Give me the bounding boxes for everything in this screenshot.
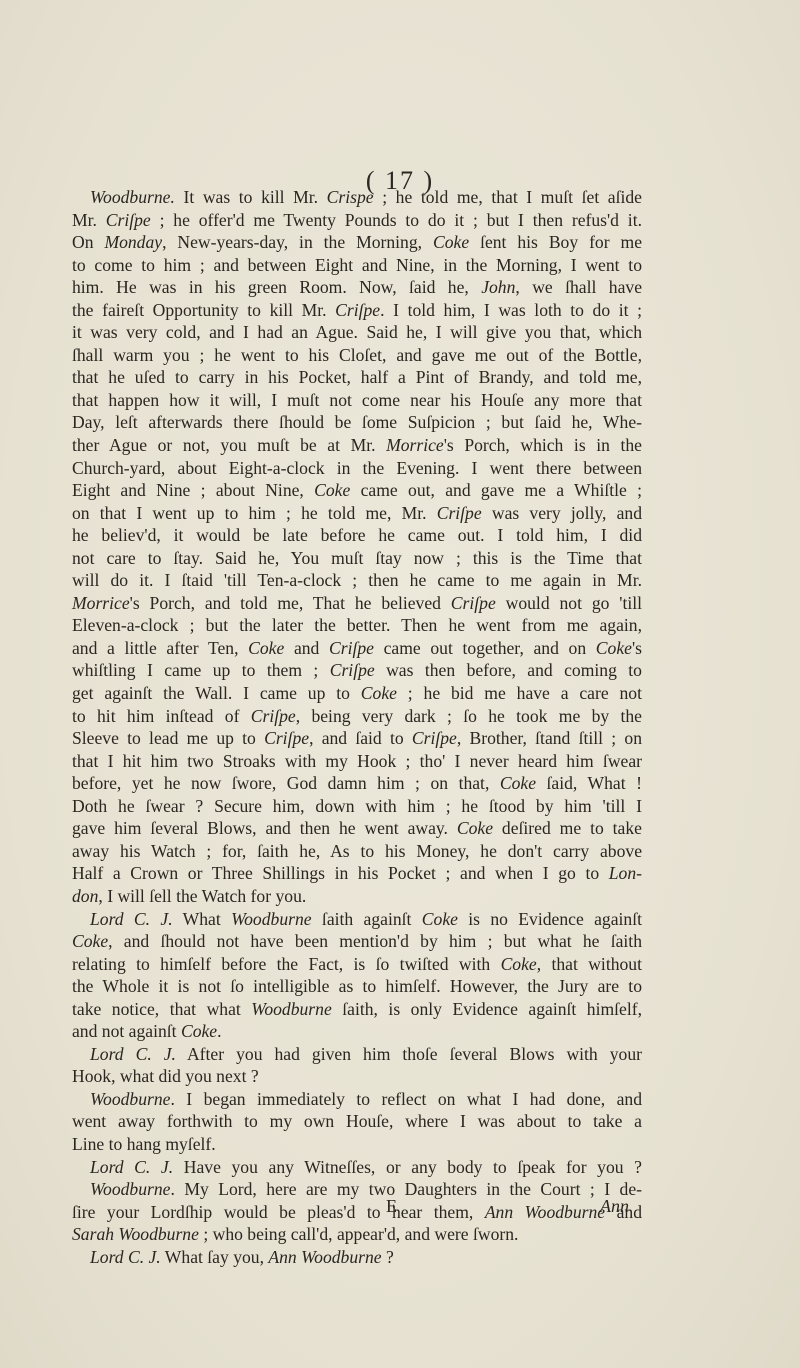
- italic-name: Coke: [422, 909, 458, 929]
- text-run: Eleven-a-clock ; but the later the bette…: [72, 615, 642, 635]
- text-line: Lord C. J. After you had given him thoſe…: [72, 1043, 642, 1066]
- text-run: not care to ſtay. Said he, You muſt ſtay…: [72, 548, 642, 568]
- text-line: it was very cold, and I had an Ague. Sai…: [72, 321, 642, 344]
- text-run: ; he offer'd me Twenty Pounds to do it ;…: [151, 210, 642, 230]
- text-run: 's Porch, and told me, That he believed: [130, 593, 451, 613]
- text-run: , Brother, ſtand ſtill ; on: [457, 728, 642, 748]
- text-run: , and ſhould not have been mention'd by …: [108, 931, 642, 951]
- text-line: Lord C. J. What ſay you, Ann Woodburne ?: [72, 1246, 642, 1269]
- text-line: Eight and Nine ; about Nine, Coke came o…: [72, 479, 642, 502]
- text-run: would not go 'till: [496, 593, 642, 613]
- text-run: Church-yard, about Eight-a-clock in the …: [72, 458, 642, 478]
- text-run: him. He was in his green Room. Now, ſaid…: [72, 277, 481, 297]
- text-run: that he uſed to carry in his Pocket, hal…: [72, 367, 642, 387]
- text-line: and not againſt Coke.: [72, 1020, 642, 1043]
- text-run: It was to kill Mr.: [175, 187, 327, 207]
- text-run: came out together, and on: [374, 638, 596, 658]
- body-text: Woodburne. It was to kill Mr. Crispe ; h…: [72, 186, 642, 1268]
- italic-name: don: [72, 886, 98, 906]
- text-run: 's Porch, which is in the: [444, 435, 642, 455]
- italic-name: Lord C. J.: [90, 1044, 176, 1064]
- text-line: went away forthwith to my own Houſe, whe…: [72, 1110, 642, 1133]
- italic-name: Coke: [457, 818, 493, 838]
- italic-name: Criſpe: [106, 210, 151, 230]
- text-run: went away forthwith to my own Houſe, whe…: [72, 1111, 642, 1131]
- text-line: Day, leſt afterwards there ſhould be ſom…: [72, 411, 642, 434]
- text-line: Half a Crown or Three Shillings in his P…: [72, 862, 642, 885]
- text-run: Line to hang myſelf.: [72, 1134, 216, 1154]
- italic-name: Criſpe: [329, 638, 374, 658]
- text-run: , that without: [537, 954, 642, 974]
- text-run: get againſt the Wall. I came up to: [72, 683, 361, 703]
- italic-name: Lord C. J.: [90, 909, 173, 929]
- text-run: relating to himſelf before the Fact, is …: [72, 954, 501, 974]
- text-run: he believ'd, it would be late before he …: [72, 525, 642, 545]
- text-line: not care to ſtay. Said he, You muſt ſtay…: [72, 547, 642, 570]
- text-line: Lord C. J. Have you any Witneſſes, or an…: [72, 1156, 642, 1179]
- text-line: him. He was in his green Room. Now, ſaid…: [72, 276, 642, 299]
- text-line: and a little after Ten, Coke and Criſpe …: [72, 637, 642, 660]
- italic-name: Lord C. J.: [90, 1157, 173, 1177]
- italic-name: Lon-: [609, 863, 642, 883]
- italic-name: Ann Woodburne: [485, 1202, 605, 1222]
- signature-mark: E: [386, 1196, 397, 1217]
- text-line: Mr. Criſpe ; he offer'd me Twenty Pounds…: [72, 209, 642, 232]
- italic-name: Criſpe: [412, 728, 457, 748]
- text-run: . I told him, I was loth to do it ;: [380, 300, 642, 320]
- text-run: ſaith againſt: [312, 909, 422, 929]
- italic-name: Coke: [361, 683, 397, 703]
- text-run: Have you any Witneſſes, or any body to ſ…: [173, 1157, 642, 1177]
- text-run: will do it. I ſtaid 'till Ten-a-clock ; …: [72, 570, 642, 590]
- text-line: take notice, that what Woodburne ſaith, …: [72, 998, 642, 1021]
- text-line: whiſtling I came up to them ; Criſpe was…: [72, 659, 642, 682]
- text-run: ; he told me, that I muſt ſet aſide: [374, 187, 642, 207]
- text-line: ther Ague or not, you muſt be at Mr. Mor…: [72, 434, 642, 457]
- italic-name: Criſpe: [335, 300, 380, 320]
- text-run: is no Evidence againſt: [458, 909, 642, 929]
- text-line: Line to hang myſelf.: [72, 1133, 642, 1156]
- italic-name: Criſpe: [451, 593, 496, 613]
- text-run: to hit him inſtead of: [72, 706, 251, 726]
- text-run: away his Watch ; for, ſaith he, As to hi…: [72, 841, 642, 861]
- italic-name: Ann Woodburne: [268, 1247, 381, 1267]
- text-run: Sleeve to lead me up to: [72, 728, 264, 748]
- text-run: the Whole it is not ſo intelligible as t…: [72, 976, 642, 996]
- italic-name: Coke: [181, 1021, 217, 1041]
- text-run: , New-years-day, in the Morning,: [162, 232, 433, 252]
- italic-name: Lord C. J.: [90, 1247, 161, 1267]
- text-line: ſhall warm you ; he went to his Cloſet, …: [72, 344, 642, 367]
- text-line: that happen how it will, I muſt not come…: [72, 389, 642, 412]
- text-line: don, I will ſell the Watch for you.: [72, 885, 642, 908]
- text-run: ſire your Lordſhip would be pleas'd to h…: [72, 1202, 485, 1222]
- italic-name: Coke: [72, 931, 108, 951]
- italic-name: Criſpe: [264, 728, 309, 748]
- text-run: before, yet he now ſwore, God damn him ;…: [72, 773, 500, 793]
- italic-name: Morrice: [386, 435, 444, 455]
- text-run: take notice, that what: [72, 999, 251, 1019]
- text-run: to come to him ; and between Eight and N…: [72, 255, 642, 275]
- text-run: ſent his Boy for me: [469, 232, 642, 252]
- text-run: deſired me to take: [493, 818, 642, 838]
- text-run: , and ſaid to: [309, 728, 412, 748]
- text-run: Doth he ſwear ? Secure him, down with hi…: [72, 796, 642, 816]
- text-line: will do it. I ſtaid 'till Ten-a-clock ; …: [72, 569, 642, 592]
- italic-name: Coke: [314, 480, 350, 500]
- text-line: Coke, and ſhould not have been mention'd…: [72, 930, 642, 953]
- text-line: Woodburne. I began immediately to reflec…: [72, 1088, 642, 1111]
- text-line: Morrice's Porch, and told me, That he be…: [72, 592, 642, 615]
- italic-name: Crispe: [327, 187, 374, 207]
- text-run: that happen how it will, I muſt not come…: [72, 390, 642, 410]
- italic-name: Woodburne: [231, 909, 311, 929]
- text-line: Sleeve to lead me up to Criſpe, and ſaid…: [72, 727, 642, 750]
- text-run: ſaith, is only Evidence againſt himſelf,: [332, 999, 642, 1019]
- catchword: Ann: [600, 1196, 629, 1217]
- text-run: gave him ſeveral Blows, and then he went…: [72, 818, 457, 838]
- text-run: , we ſhall have: [515, 277, 642, 297]
- text-run: ſhall warm you ; he went to his Cloſet, …: [72, 345, 642, 365]
- text-line: away his Watch ; for, ſaith he, As to hi…: [72, 840, 642, 863]
- text-line: relating to himſelf before the Fact, is …: [72, 953, 642, 976]
- text-run: . I began immediately to reflect on what…: [170, 1089, 642, 1109]
- italic-name: Woodburne.: [90, 187, 175, 207]
- italic-name: Monday: [104, 232, 162, 252]
- italic-name: Criſpe: [251, 706, 296, 726]
- text-run: that I hit him two Stroaks with my Hook …: [72, 751, 642, 771]
- text-line: the faireſt Opportunity to kill Mr. Criſ…: [72, 299, 642, 322]
- text-run: What ſay you,: [161, 1247, 269, 1267]
- text-run: was very jolly, and: [482, 503, 642, 523]
- text-line: the Whole it is not ſo intelligible as t…: [72, 975, 642, 998]
- text-run: Hook, what did you next ?: [72, 1066, 259, 1086]
- text-line: get againſt the Wall. I came up to Coke …: [72, 682, 642, 705]
- text-run: on that I went up to him ; he told me, M…: [72, 503, 437, 523]
- text-run: and: [284, 638, 329, 658]
- text-line: Hook, what did you next ?: [72, 1065, 642, 1088]
- italic-name: Woodburne: [90, 1179, 170, 1199]
- text-run: ?: [382, 1247, 394, 1267]
- italic-name: Sarah Woodburne: [72, 1224, 199, 1244]
- italic-name: Criſpe: [330, 660, 375, 680]
- text-run: 's: [632, 638, 642, 658]
- italic-name: Coke: [500, 773, 536, 793]
- text-line: he believ'd, it would be late before he …: [72, 524, 642, 547]
- text-run: it was very cold, and I had an Ague. Sai…: [72, 322, 642, 342]
- text-run: and a little after Ten,: [72, 638, 248, 658]
- text-run: Eight and Nine ; about Nine,: [72, 480, 314, 500]
- text-run: came out, and gave me a Whiſtle ;: [350, 480, 642, 500]
- italic-name: Coke: [433, 232, 469, 252]
- text-run: Half a Crown or Three Shillings in his P…: [72, 863, 609, 883]
- text-line: that he uſed to carry in his Pocket, hal…: [72, 366, 642, 389]
- text-run: , being very dark ; ſo he took me by the: [296, 706, 642, 726]
- text-line: gave him ſeveral Blows, and then he went…: [72, 817, 642, 840]
- italic-name: John: [481, 277, 515, 297]
- text-run: Day, leſt afterwards there ſhould be ſom…: [72, 412, 642, 432]
- text-run: the faireſt Opportunity to kill Mr.: [72, 300, 335, 320]
- text-line: Lord C. J. What Woodburne ſaith againſt …: [72, 908, 642, 931]
- italic-name: Coke: [501, 954, 537, 974]
- text-run: On: [72, 232, 104, 252]
- text-line: to come to him ; and between Eight and N…: [72, 254, 642, 277]
- text-run: and not againſt: [72, 1021, 181, 1041]
- italic-name: Woodburne: [251, 999, 331, 1019]
- text-line: ſire your Lordſhip would be pleas'd to h…: [72, 1201, 642, 1224]
- text-run: What: [173, 909, 231, 929]
- text-run: , I will ſell the Watch for you.: [98, 886, 306, 906]
- text-run: ; he bid me have a care not: [397, 683, 642, 703]
- text-line: Eleven-a-clock ; but the later the bette…: [72, 614, 642, 637]
- text-line: Church-yard, about Eight-a-clock in the …: [72, 457, 642, 480]
- text-run: was then before, and coming to: [375, 660, 642, 680]
- text-line: Woodburne. It was to kill Mr. Crispe ; h…: [72, 186, 642, 209]
- text-line: to hit him inſtead of Criſpe, being very…: [72, 705, 642, 728]
- text-run: ſaid, What !: [536, 773, 642, 793]
- italic-name: Coke: [248, 638, 284, 658]
- text-line: On Monday, New-years-day, in the Morning…: [72, 231, 642, 254]
- text-run: .: [217, 1021, 221, 1041]
- text-run: ; who being call'd, appear'd, and were ſ…: [199, 1224, 519, 1244]
- text-line: before, yet he now ſwore, God damn him ;…: [72, 772, 642, 795]
- italic-name: Criſpe: [437, 503, 482, 523]
- text-line: Woodburne. My Lord, here are my two Daug…: [72, 1178, 642, 1201]
- italic-name: Coke: [596, 638, 632, 658]
- italic-name: Woodburne: [90, 1089, 170, 1109]
- text-line: that I hit him two Stroaks with my Hook …: [72, 750, 642, 773]
- text-run: . My Lord, here are my two Daughters in …: [170, 1179, 642, 1199]
- italic-name: Morrice: [72, 593, 130, 613]
- text-line: Sarah Woodburne ; who being call'd, appe…: [72, 1223, 642, 1246]
- text-line: on that I went up to him ; he told me, M…: [72, 502, 642, 525]
- text-run: ther Ague or not, you muſt be at Mr.: [72, 435, 386, 455]
- text-run: Mr.: [72, 210, 106, 230]
- text-run: After you had given him thoſe ſeveral Bl…: [176, 1044, 642, 1064]
- text-run: whiſtling I came up to them ;: [72, 660, 330, 680]
- text-line: Doth he ſwear ? Secure him, down with hi…: [72, 795, 642, 818]
